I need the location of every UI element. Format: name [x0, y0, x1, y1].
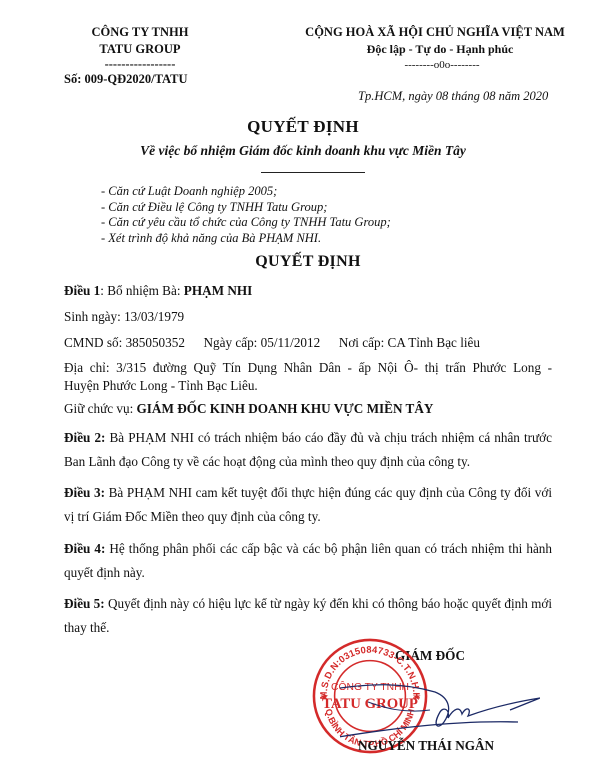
position-value: GIÁM ĐỐC KINH DOANH KHU VỰC MIỀN TÂY	[137, 401, 434, 416]
legal-basis-item: - Căn cứ Điều lệ Công ty TNHH Tatu Group…	[101, 200, 391, 216]
header-ornament: --------o0o--------	[270, 58, 600, 72]
article-5: Điều 5: Quyết định này có hiệu lực kể từ…	[64, 592, 552, 640]
document-subtitle: Về việc bổ nhiệm Giám đốc kinh doanh khu…	[0, 143, 606, 159]
position-label: Giữ chức vụ:	[64, 401, 137, 416]
legal-bases-list: - Căn cứ Luật Doanh nghiệp 2005; - Căn c…	[101, 184, 391, 246]
legal-basis-item: - Xét trình độ khả năng của Bà PHẠM NHI.	[101, 231, 391, 247]
article-4-label: Điều 4:	[64, 541, 105, 556]
dob-label: Sinh ngày:	[64, 309, 124, 324]
article-5-label: Điều 5:	[64, 596, 105, 611]
date-of-birth: Sinh ngày: 13/03/1979	[64, 309, 184, 325]
article-1-label: Điều 1	[64, 283, 100, 298]
article-1-text: : Bổ nhiệm Bà:	[100, 283, 184, 298]
company-name-line2: TATU GROUP	[40, 41, 240, 58]
article-5-text: Quyết định này có hiệu lực kể từ ngày ký…	[64, 596, 552, 635]
id-label: CMND số:	[64, 335, 126, 350]
document-title: QUYẾT ĐỊNH	[0, 117, 606, 137]
article-3-label: Điều 3:	[64, 485, 105, 500]
national-header: CỘNG HOÀ XÃ HỘI CHỦ NGHĨA VIỆT NAM Độc l…	[270, 24, 600, 72]
article-2: Điều 2: Bà PHẠM NHI có trách nhiệm báo c…	[64, 426, 552, 474]
company-header: CÔNG TY TNHH TATU GROUP ----------------…	[40, 24, 240, 70]
position-line: Giữ chức vụ: GIÁM ĐỐC KINH DOANH KHU VỰC…	[64, 401, 433, 417]
company-name-line1: CÔNG TY TNHH	[40, 24, 240, 41]
address-line-1: Địa chỉ: 3/315 đường Quỹ Tín Dụng Nhân D…	[64, 360, 552, 376]
issue-place-label: Nơi cấp:	[339, 335, 388, 350]
document-number: Số: 009-QĐ2020/TATU	[64, 72, 188, 87]
id-number: 385050352	[126, 335, 185, 350]
nation-name: CỘNG HOÀ XÃ HỘI CHỦ NGHĨA VIỆT NAM	[270, 24, 600, 41]
legal-basis-item: - Căn cứ yêu cầu tổ chức của Công ty TNH…	[101, 215, 391, 231]
article-4: Điều 4: Hệ thống phân phối các cấp bậc v…	[64, 537, 552, 585]
issue-date: 05/11/2012	[261, 335, 321, 350]
appointee-name: PHẠM NHI	[184, 283, 253, 298]
issue-place: CA Tỉnh Bạc liêu	[388, 335, 480, 350]
legal-basis-item: - Căn cứ Luật Doanh nghiệp 2005;	[101, 184, 391, 200]
article-3-text: Bà PHẠM NHI cam kết tuyệt đối thực hiện …	[64, 485, 552, 524]
place-and-date: Tp.HCM, ngày 08 tháng 08 năm 2020	[358, 89, 548, 104]
decision-heading: QUYẾT ĐỊNH	[0, 253, 606, 271]
signatory-name: NGUYỄN THÁI NGÂN	[358, 738, 494, 754]
address-value: 3/315 đường Quỹ Tín Dụng Nhân Dân - ấp N…	[116, 360, 552, 375]
article-3: Điều 3: Bà PHẠM NHI cam kết tuyệt đối th…	[64, 481, 552, 529]
article-1-appointment: Điều 1: Bổ nhiệm Bà: PHẠM NHI	[64, 283, 252, 299]
address-line-2: Huyện Phước Long - Tỉnh Bạc Liêu.	[64, 378, 258, 394]
title-divider	[261, 172, 365, 173]
article-4-text: Hệ thống phân phối các cấp bậc và các bộ…	[64, 541, 552, 580]
issue-date-label: Ngày cấp:	[204, 335, 261, 350]
article-2-text: Bà PHẠM NHI có trách nhiệm báo cáo đầy đ…	[64, 430, 552, 469]
company-separator: -----------------	[40, 58, 240, 70]
dob-value: 13/03/1979	[124, 309, 184, 324]
article-2-label: Điều 2:	[64, 430, 105, 445]
national-motto: Độc lập - Tự do - Hạnh phúc	[270, 41, 600, 58]
address-label: Địa chỉ:	[64, 360, 116, 375]
id-card-info: CMND số: 385050352 Ngày cấp: 05/11/2012 …	[64, 335, 480, 351]
